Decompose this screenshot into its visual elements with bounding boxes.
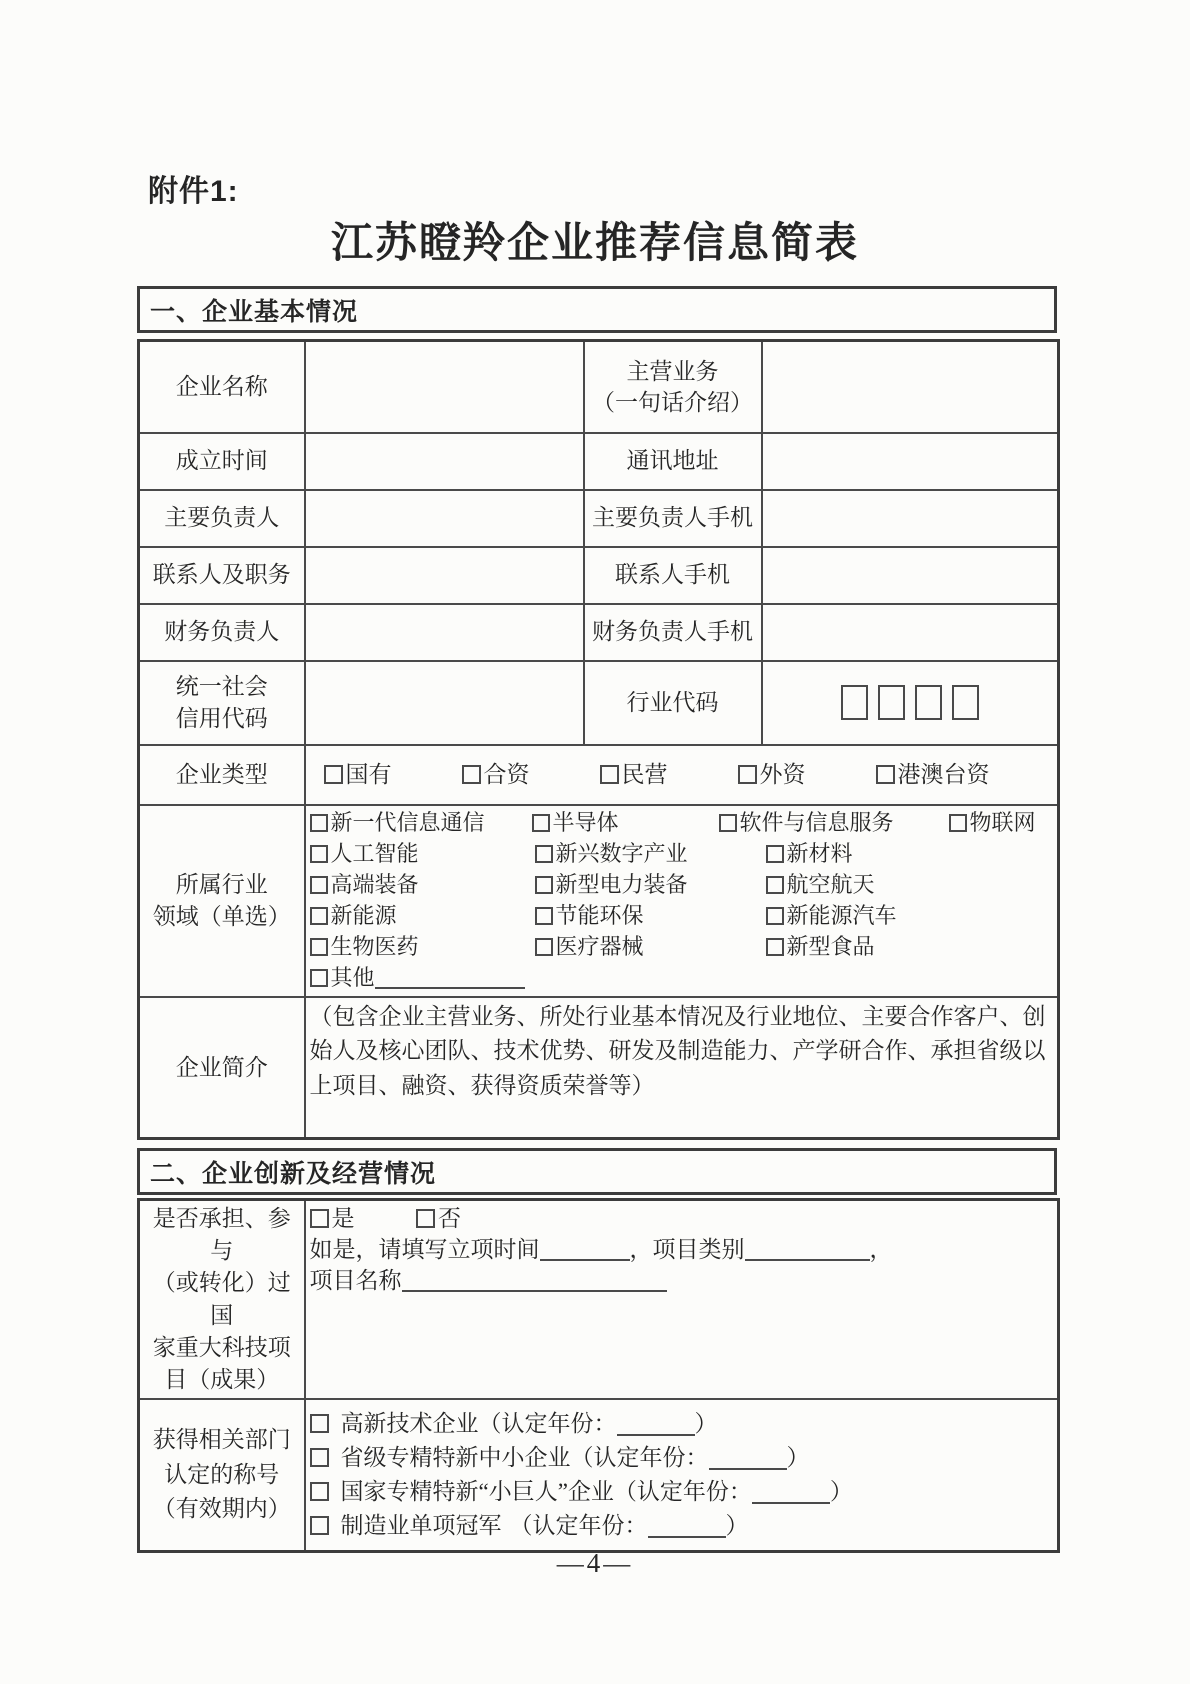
blank-line [745,1237,870,1261]
checkbox-option: 新能源 [310,901,535,931]
field-label-mailing-address: 通讯地址 [584,433,762,490]
field-label-principal-phone: 主要负责人手机 [584,490,762,547]
checkbox-option: 外资 [738,759,806,790]
checkbox-icon [416,1209,435,1228]
static-text: 如是，请填写立项时间 [310,1237,540,1262]
checkbox-icon [310,938,328,956]
checkbox-icon [310,1448,329,1467]
checkbox-icon [310,1516,329,1535]
honor-item: 省级专精特新中小企业（认定年份：） [310,1441,1054,1475]
company-profile-hint: （包含企业主营业务、所处行业基本情况及行业地位、主要合作客户、创始人及核心团队、… [310,1000,1054,1104]
option-label: 其他 [331,965,375,990]
field-label-enterprise-type: 企业类型 [139,745,305,805]
checkbox-icon [310,907,328,925]
static-text: （认定年份： [614,1476,752,1507]
checkbox-icon [766,938,784,956]
checkbox-option: 港澳台资 [876,759,990,790]
checkbox-option: 生物医药 [310,932,535,962]
field-value-main-business [762,341,1059,433]
static-text: 项目名称 [310,1268,402,1293]
field-label-company-profile: 企业简介 [139,997,305,1139]
checkbox-icon [310,969,328,987]
attachment-label: 附件1: [148,166,239,210]
field-value-principal-phone [762,490,1059,547]
checkbox-option: 软件与信息服务 [719,808,949,838]
checkbox-icon [310,814,328,832]
checkbox-option: 合资 [462,759,530,790]
checkbox-option: 新材料 [766,839,1054,869]
option-label: 是 [332,1206,355,1231]
industry-option-row: 人工智能 新兴数字产业 新材料 [310,839,1054,870]
checkbox-option: 是 [310,1206,355,1231]
industry-option-row: 其他 [310,963,1054,994]
code-box [878,685,905,720]
option-label: 新型食品 [787,934,875,959]
honors-cell: 高新技术企业（认定年份：） 省级专精特新中小企业（认定年份：） 国家专精特新“小… [305,1399,1059,1551]
table-row: 财务负责人 财务负责人手机 [139,604,1059,661]
option-label: 国有 [346,762,392,787]
field-label-contact: 联系人及职务 [139,547,305,604]
field-label-founding-date: 成立时间 [139,433,305,490]
field-label-main-business: 主营业务 （一句话介绍） [584,341,762,433]
checkbox-option: 高端装备 [310,870,535,900]
checkbox-icon [310,1482,329,1501]
industry-option-row: 生物医药 医疗器械 新型食品 [310,932,1054,963]
field-label-principal: 主要负责人 [139,490,305,547]
checkbox-option: 医疗器械 [535,932,766,962]
option-label: 航空航天 [787,872,875,897]
checkbox-icon [535,907,553,925]
option-label: 人工智能 [331,841,419,866]
checkbox-icon [310,876,328,894]
field-label-finance-head-phone: 财务负责人手机 [584,604,762,661]
field-value-company-name [305,341,584,433]
checkbox-icon [535,876,553,894]
blank-line [752,1480,830,1504]
honor-item: 高新技术企业（认定年份：） [310,1407,1054,1441]
table-row: 统一社会 信用代码 行业代码 [139,661,1059,745]
field-value-contact-phone [762,547,1059,604]
national-project-cell: 是 否 如是，请填写立项时间，项目类别， 项目名称 [305,1200,1059,1400]
checkbox-icon [600,765,619,784]
field-value-principal [305,490,584,547]
checkbox-option: 新型食品 [766,932,1054,962]
checkbox-icon [766,845,784,863]
static-text: ） [726,1510,749,1541]
scanned-document-page: 附件1: 江苏瞪羚企业推荐信息简表 一、企业基本情况 企业名称 主营业务 （一句… [0,0,1190,1684]
static-text: （认定年份： [571,1442,709,1473]
checkbox-option: 民营 [600,759,668,790]
section1-header: 一、企业基本情况 [137,286,1057,333]
section2-header: 二、企业创新及经营情况 [137,1148,1057,1195]
option-label: 新能源 [331,903,397,928]
static-text: （认定年份： [479,1408,617,1439]
option-label: 新兴数字产业 [556,841,688,866]
honor-name: 省级专精特新中小企业 [341,1442,571,1473]
option-label: 医疗器械 [556,934,644,959]
checkbox-icon [310,1414,329,1433]
industry-option-row: 新一代信息通信 半导体 软件与信息服务 物联网 [310,808,1054,839]
honor-item: 制造业单项冠军 （认定年份：） [310,1509,1054,1543]
field-label-company-name: 企业名称 [139,341,305,433]
checkbox-option: 节能环保 [535,901,766,931]
table-row: 成立时间 通讯地址 [139,433,1059,490]
field-label-national-project: 是否承担、参与 （或转化）过国 家重大科技项 目（成果） [139,1200,305,1400]
checkbox-icon [766,907,784,925]
page-number: —4— [0,1548,1190,1579]
checkbox-option: 新一代信息通信 [310,808,532,838]
field-label-industry-code: 行业代码 [584,661,762,745]
industry-code-boxes [762,661,1059,745]
option-label: 物联网 [970,810,1036,835]
field-label-contact-phone: 联系人手机 [584,547,762,604]
field-label-honors: 获得相关部门 认定的称号 （有效期内） [139,1399,305,1551]
option-label: 生物医药 [331,934,419,959]
code-box [915,685,942,720]
option-label: 合资 [484,762,530,787]
static-text: （认定年份： [510,1510,648,1541]
blank-line [617,1412,695,1436]
industry-sector-options: 新一代信息通信 半导体 软件与信息服务 物联网 人工智能 新兴数字产业 新材料 … [305,805,1059,997]
field-label-credit-code: 统一社会 信用代码 [139,661,305,745]
company-profile-cell: （包含企业主营业务、所处行业基本情况及行业地位、主要合作客户、创始人及核心团队、… [305,997,1059,1139]
checkbox-icon [535,845,553,863]
basic-info-table: 企业名称 主营业务 （一句话介绍） 成立时间 通讯地址 主要负责人 主要负责人手… [137,339,1060,1140]
static-text: ，项目类别 [630,1237,745,1262]
field-value-mailing-address [762,433,1059,490]
checkbox-option: 物联网 [949,808,1054,838]
option-label: 新材料 [787,841,853,866]
option-label: 否 [438,1206,461,1231]
static-text: ） [787,1442,810,1473]
code-box [952,685,979,720]
table-row: 是否承担、参与 （或转化）过国 家重大科技项 目（成果） 是 否 如是，请填写立… [139,1200,1059,1400]
blank-line [375,965,525,989]
honor-item: 国家专精特新“小巨人”企业（认定年份：） [310,1475,1054,1509]
static-text: ） [830,1476,853,1507]
checkbox-option: 半导体 [532,808,719,838]
table-row: 所属行业 领域（单选） 新一代信息通信 半导体 软件与信息服务 物联网 人工智能… [139,805,1059,997]
checkbox-option: 其他 [310,963,535,993]
blank-line [540,1237,630,1261]
field-value-finance-head [305,604,584,661]
blank-line [709,1446,787,1470]
field-label-finance-head: 财务负责人 [139,604,305,661]
table-row: 联系人及职务 联系人手机 [139,547,1059,604]
checkbox-icon [462,765,481,784]
option-label: 新一代信息通信 [331,810,485,835]
field-value-finance-head-phone [762,604,1059,661]
field-label-industry-sector: 所属行业 领域（单选） [139,805,305,997]
checkbox-icon [310,1209,329,1228]
honor-name: 国家专精特新“小巨人”企业 [341,1476,614,1507]
checkbox-icon [535,938,553,956]
enterprise-type-options: 国有 合资 民营 外资 港澳台资 [305,745,1059,805]
checkbox-option: 航空航天 [766,870,1054,900]
table-row: 企业名称 主营业务 （一句话介绍） [139,341,1059,433]
option-label: 高端装备 [331,872,419,897]
table-row: 获得相关部门 认定的称号 （有效期内） 高新技术企业（认定年份：） 省级专精特新… [139,1399,1059,1551]
yes-no-options: 是 否 [310,1203,1054,1234]
checkbox-icon [719,814,737,832]
checkbox-option: 新兴数字产业 [535,839,766,869]
honor-name: 制造业单项冠军 [341,1510,502,1541]
field-value-credit-code [305,661,584,745]
field-value-contact [305,547,584,604]
checkbox-icon [766,876,784,894]
honor-name: 高新技术企业 [341,1408,479,1439]
field-value-founding-date [305,433,584,490]
option-label: 半导体 [553,810,619,835]
table-row: 企业类型 国有 合资 民营 外资 港澳台资 [139,745,1059,805]
innovation-table: 是否承担、参与 （或转化）过国 家重大科技项 目（成果） 是 否 如是，请填写立… [137,1198,1060,1553]
option-label: 外资 [760,762,806,787]
project-detail-line: 如是，请填写立项时间，项目类别， [310,1234,1054,1265]
page-title: 江苏瞪羚企业推荐信息简表 [0,210,1190,270]
checkbox-icon [738,765,757,784]
option-label: 软件与信息服务 [740,810,894,835]
static-text: ） [695,1408,718,1439]
checkbox-option: 新能源汽车 [766,901,1054,931]
checkbox-icon [949,814,967,832]
project-name-line: 项目名称 [310,1265,1054,1296]
option-label: 新型电力装备 [556,872,688,897]
table-row: 企业简介 （包含企业主营业务、所处行业基本情况及行业地位、主要合作客户、创始人及… [139,997,1059,1139]
industry-option-row: 新能源 节能环保 新能源汽车 [310,901,1054,932]
table-row: 主要负责人 主要负责人手机 [139,490,1059,547]
code-box [841,685,868,720]
option-label: 新能源汽车 [787,903,897,928]
checkbox-icon [532,814,550,832]
checkbox-option: 人工智能 [310,839,535,869]
option-label: 节能环保 [556,903,644,928]
checkbox-icon [876,765,895,784]
checkbox-option: 新型电力装备 [535,870,766,900]
blank-line [648,1514,726,1538]
industry-option-row: 高端装备 新型电力装备 航空航天 [310,870,1054,901]
option-label: 港澳台资 [898,762,990,787]
blank-line [402,1268,667,1292]
option-label: 民营 [622,762,668,787]
checkbox-icon [310,845,328,863]
checkbox-icon [324,765,343,784]
static-text: ， [870,1237,893,1262]
form-area: 一、企业基本情况 企业名称 主营业务 （一句话介绍） 成立时间 通讯地址 主要负… [137,286,1057,1553]
checkbox-option: 否 [416,1206,461,1231]
checkbox-option: 国有 [324,759,392,790]
